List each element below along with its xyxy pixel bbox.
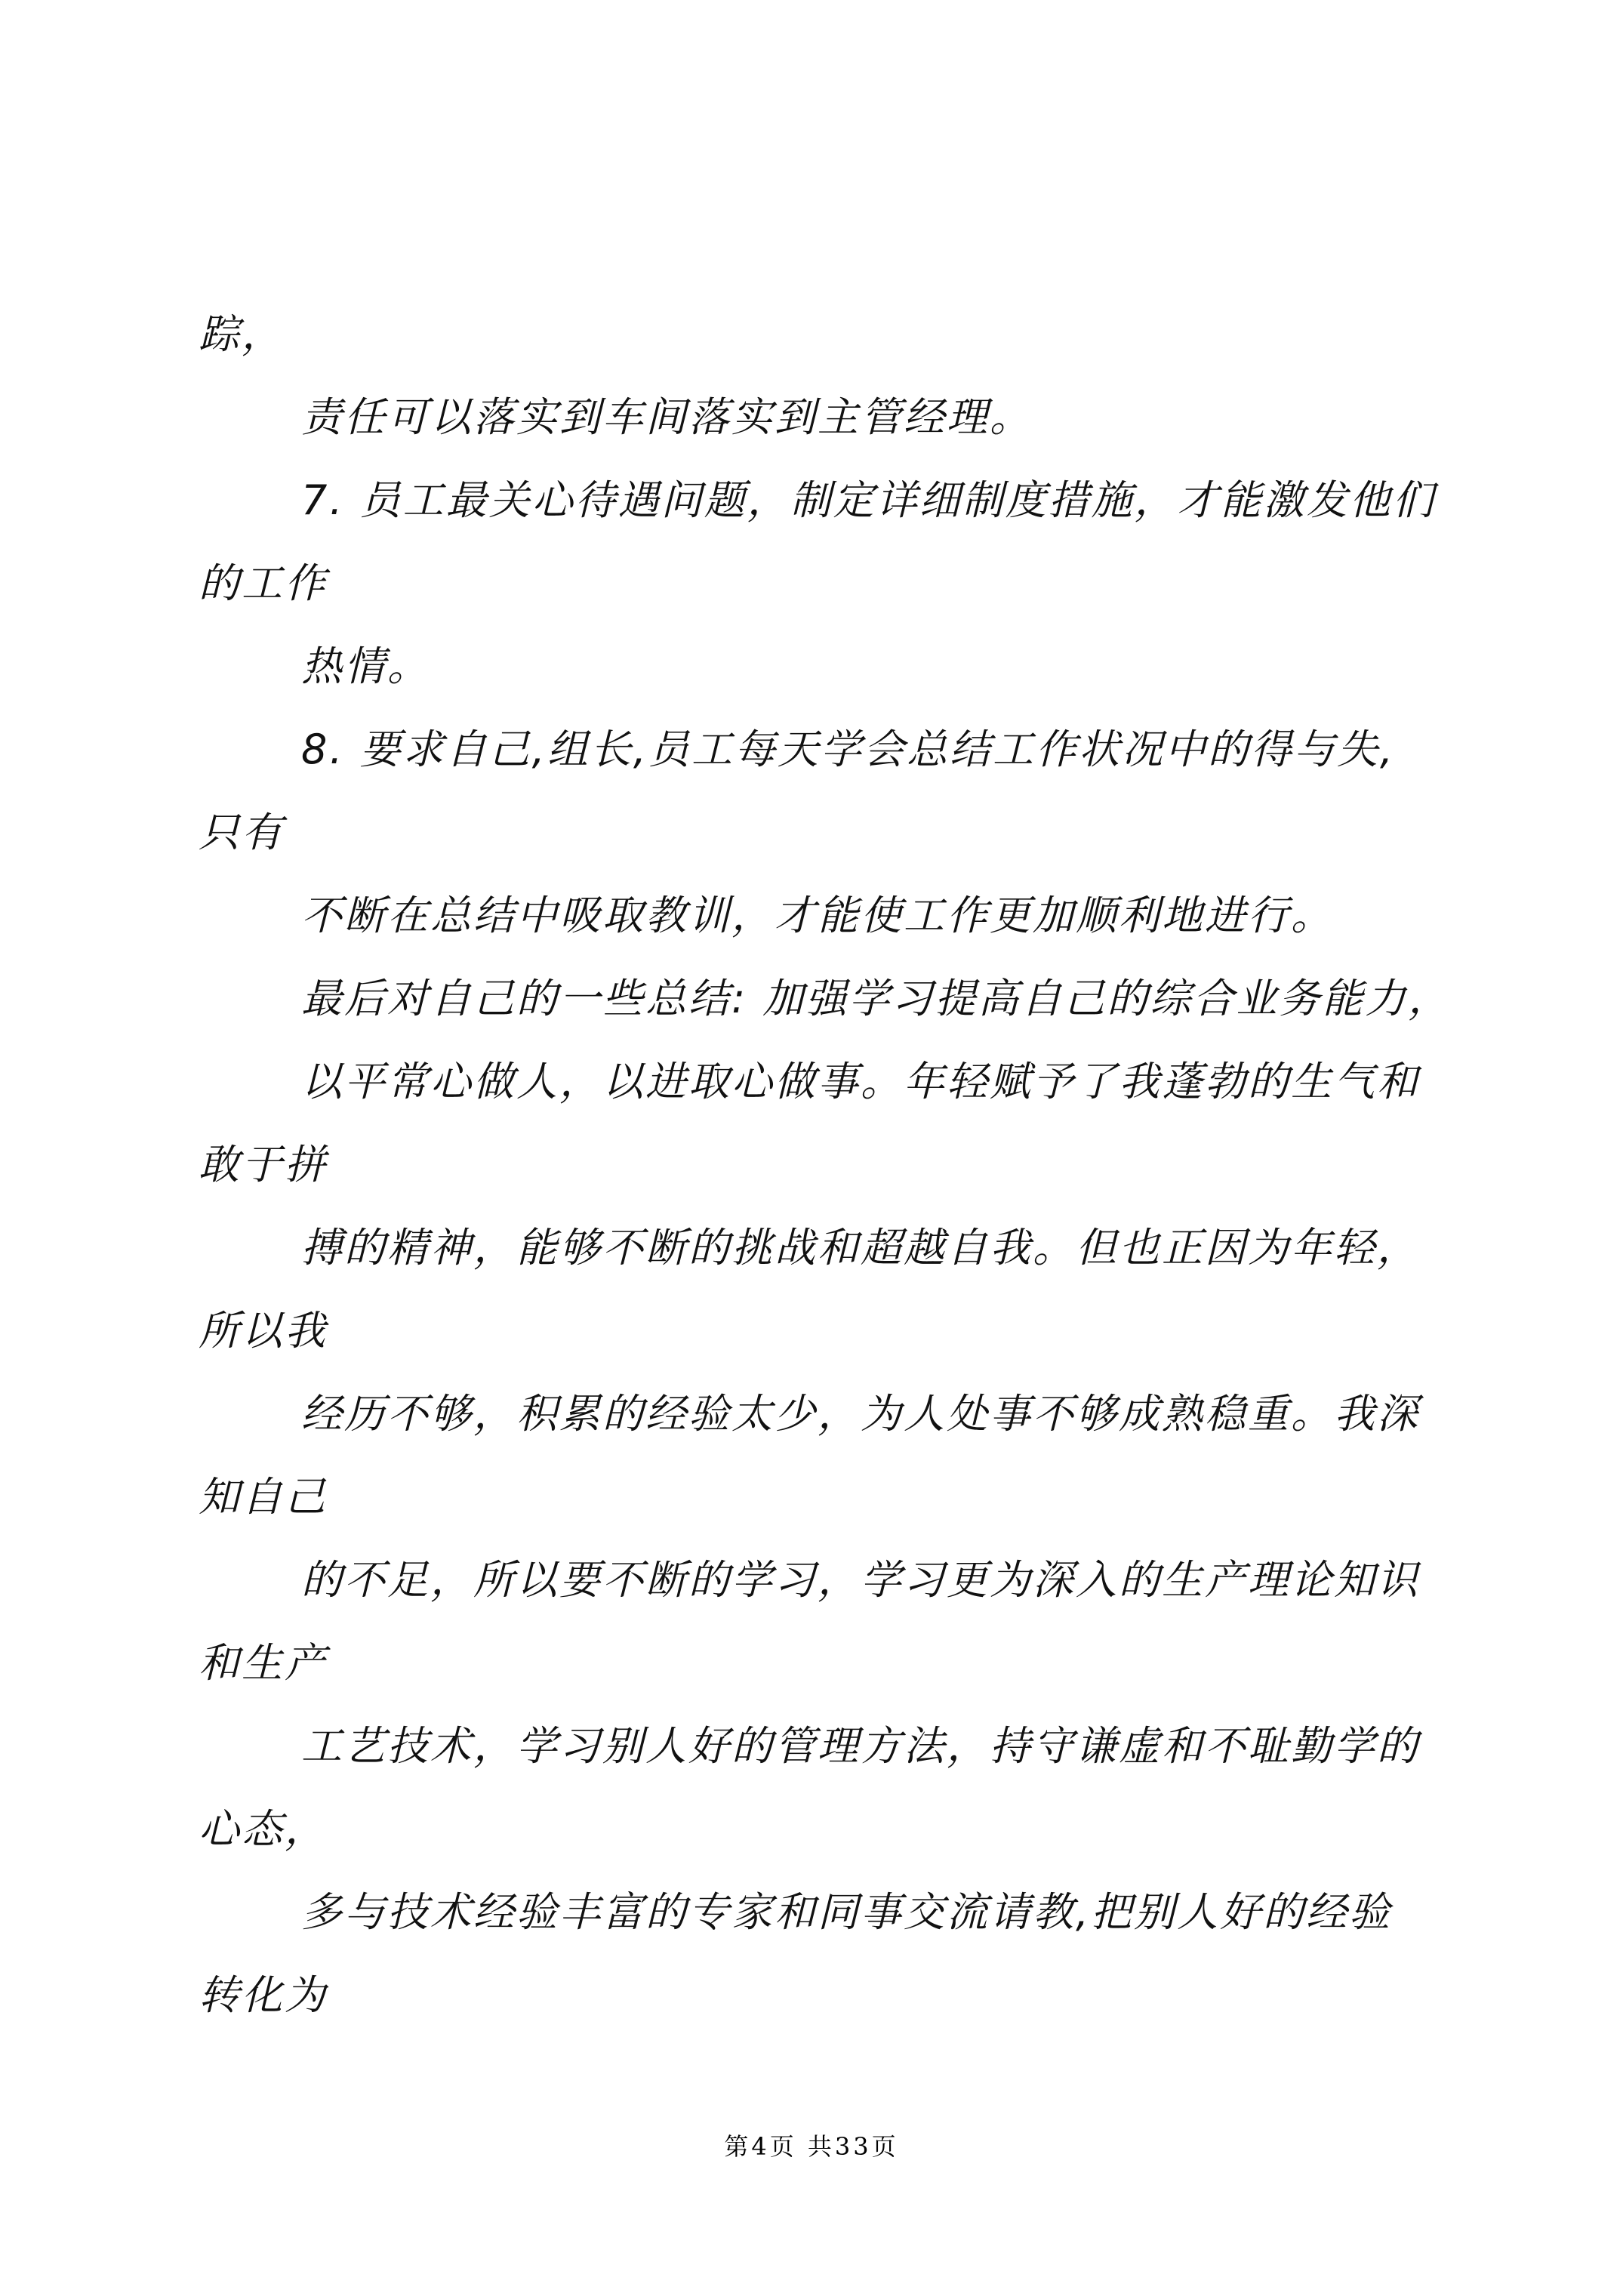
text-line: 经历不够，积累的经验太少，为人处事不够成熟稳重。我深 bbox=[199, 1388, 1502, 1471]
text-line: 踪， bbox=[199, 308, 1502, 391]
text-line: 所以我 bbox=[199, 1305, 1502, 1388]
text-line: 搏的精神，能够不断的挑战和超越自我。但也正因为年轻， bbox=[199, 1222, 1502, 1305]
text-line: 工艺技术，学习别人好的管理方法，持守谦虚和不耻勤学的 bbox=[199, 1720, 1502, 1803]
text-line: 责任可以落实到车间落实到主管经理。 bbox=[199, 391, 1502, 474]
page-number-footer: 第4页 共33页 bbox=[0, 2128, 1623, 2162]
text-line: 不断在总结中吸取教训，才能使工作更加顺利地进行。 bbox=[199, 889, 1502, 972]
text-line: 热情。 bbox=[199, 640, 1502, 723]
text-line: 7. 员工最关心待遇问题，制定详细制度措施，才能激发他们 bbox=[199, 474, 1502, 557]
text-line: 心态， bbox=[199, 1803, 1502, 1886]
document-text-block: 踪， 责任可以落实到车间落实到主管经理。 7. 员工最关心待遇问题，制定详细制度… bbox=[199, 308, 1502, 2052]
text-line: 敢于拼 bbox=[199, 1139, 1502, 1222]
text-line: 最后对自己的一些总结: 加强学习提高自己的综合业务能力， bbox=[199, 972, 1502, 1056]
text-line: 和生产 bbox=[199, 1637, 1502, 1720]
text-line: 转化为 bbox=[199, 1969, 1502, 2052]
text-line: 知自己 bbox=[199, 1471, 1502, 1554]
text-line: 的不足，所以要不断的学习，学习更为深入的生产理论知识 bbox=[199, 1554, 1502, 1637]
text-line: 以平常心做人，以进取心做事。年轻赋予了我蓬勃的生气和 bbox=[199, 1056, 1502, 1139]
text-line: 8. 要求自己,组长,员工每天学会总结工作状况中的得与失, bbox=[199, 723, 1502, 806]
text-line: 的工作 bbox=[199, 557, 1502, 640]
text-line: 只有 bbox=[199, 806, 1502, 889]
document-page: 踪， 责任可以落实到车间落实到主管经理。 7. 员工最关心待遇问题，制定详细制度… bbox=[0, 0, 1623, 2296]
text-line: 多与技术经验丰富的专家和同事交流请教,把别人好的经验 bbox=[199, 1886, 1502, 1969]
